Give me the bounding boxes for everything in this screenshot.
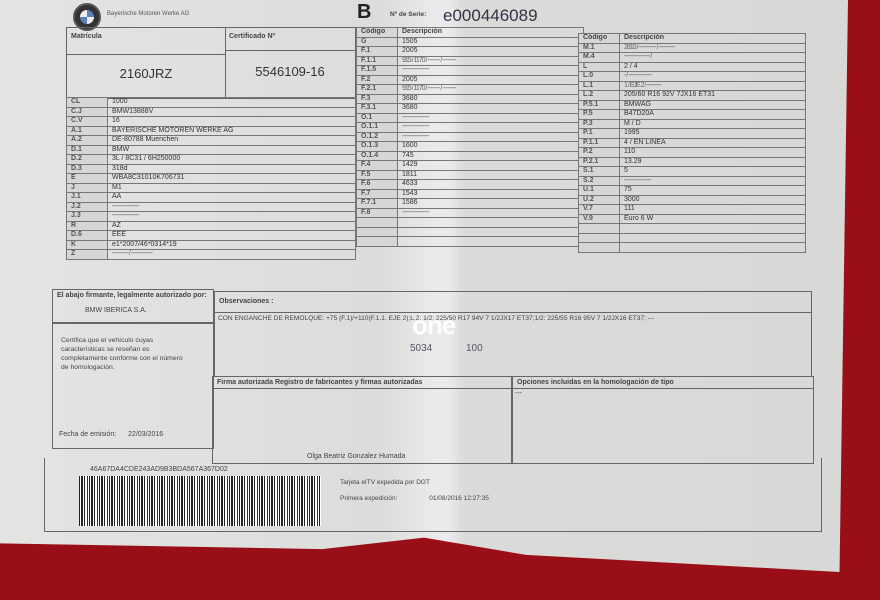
table-row: Ke1*2007/46*0314*19 <box>67 240 356 250</box>
field-code: F.8 <box>357 208 398 218</box>
field-value: 1586 <box>398 199 584 209</box>
field-value: 2005 <box>398 75 584 85</box>
field-value: EEE <box>108 231 356 241</box>
field-code: F.3 <box>357 94 398 104</box>
field-code <box>579 233 620 243</box>
field-value: AZ <box>108 221 356 231</box>
signature-label: Firma autorizada Registro de fabricantes… <box>213 377 511 389</box>
field-value: 3000 <box>620 195 806 205</box>
field-value: 2 / 4 <box>620 62 806 72</box>
table-row: C.V16 <box>67 117 356 127</box>
field-code: Z <box>67 250 108 260</box>
table-row: S.2-------------------- <box>579 176 806 186</box>
table-row: J.1AA <box>67 193 356 203</box>
weights-table: CódigoDescripciónG1505F.12005F.1.1915 / … <box>356 27 584 247</box>
table-row: C.JBMW13888V <box>67 107 356 117</box>
field-code: C.V <box>67 117 108 127</box>
category-letter: B <box>357 1 371 24</box>
field-code: V.9 <box>579 214 620 224</box>
field-value: 111 <box>620 205 806 215</box>
table-row: S.15 <box>579 167 806 177</box>
field-value: 1600 <box>398 142 584 152</box>
field-code: G <box>357 37 398 47</box>
table-row: M.4------------------- / <box>579 53 806 63</box>
table-row: O.1-------------------- <box>357 113 584 123</box>
field-value: Euro 6 W <box>620 214 806 224</box>
field-code: K <box>67 240 108 250</box>
field-code: E <box>67 174 108 184</box>
field-value: 3680 <box>398 94 584 104</box>
barcode-code: 46A67DA4CDE243AD9B3BDA567A367D02 <box>90 465 228 474</box>
observations-label: Observaciones : <box>215 292 811 311</box>
table-row: F.2.1915 / 1170 / --------- / ---------- <box>357 85 584 95</box>
field-code: A.1 <box>67 126 108 136</box>
table-row: L.0- / ----------------- <box>579 72 806 82</box>
signatory-company: BMW IBERICA S.A. <box>85 306 147 315</box>
table-row: L.2205/60 R16 92V 7JX16 ET31 <box>579 91 806 101</box>
field-code: A.2 <box>67 136 108 146</box>
field-code: L.1 <box>579 81 620 91</box>
certificado-label: Certificado Nº <box>229 33 275 40</box>
field-value: 1429 <box>398 161 584 171</box>
table-row: F.1.1915 / 1170 / --------- / ---------- <box>357 56 584 66</box>
field-value: 3L / 8C31 / 6H250000 <box>108 155 356 165</box>
field-code: P.5 <box>579 110 620 120</box>
field-value: 1995 <box>620 129 806 139</box>
field-value: 4 / EN LINEA <box>620 138 806 148</box>
field-code: F.2.1 <box>357 85 398 95</box>
field-code: P.1.1 <box>579 138 620 148</box>
code-header: Código <box>579 34 620 44</box>
field-code: F.7 <box>357 189 398 199</box>
field-value: 915 / 1170 / --------- / ---------- <box>398 85 584 95</box>
field-code: O.1.1 <box>357 123 398 133</box>
table-row: CL1000 <box>67 98 356 108</box>
table-row: J.3-------------------- <box>67 212 356 222</box>
code-header: Código <box>357 28 398 38</box>
field-value: -------------------- <box>398 132 584 142</box>
field-value: M1 <box>108 183 356 193</box>
field-code: D.3 <box>67 164 108 174</box>
signatory-box: El abajo firmante, legalmente autorizado… <box>52 289 214 323</box>
issue-date-label: Fecha de emisión: <box>59 431 116 438</box>
field-code: L.2 <box>579 91 620 101</box>
field-code: U.2 <box>579 195 620 205</box>
first-issue-label: Primera expedición: <box>340 495 397 502</box>
field-value: -------------------- <box>108 202 356 212</box>
table-row: P.5.1BMWAG <box>579 100 806 110</box>
field-value: 1543 <box>398 189 584 199</box>
field-value: e1*2007/46*0314*19 <box>108 240 356 250</box>
field-code <box>579 243 620 253</box>
field-code: S.1 <box>579 167 620 177</box>
table-row: F.7.11586 <box>357 199 584 209</box>
matricula-label: Matrícula <box>71 33 102 40</box>
field-code: J <box>67 183 108 193</box>
serial-label: Nº de Serie: <box>390 11 426 18</box>
field-value: 745 <box>398 151 584 161</box>
table-row <box>579 224 806 234</box>
field-code: L <box>579 62 620 72</box>
table-row: V.7111 <box>579 205 806 215</box>
field-value <box>398 237 584 247</box>
table-row: V.9Euro 6 W <box>579 214 806 224</box>
table-header-row: CódigoDescripción <box>579 34 806 44</box>
field-code: R <box>67 221 108 231</box>
field-value <box>620 233 806 243</box>
field-value: BAYERISCHE MOTOREN WERKE AG <box>108 126 356 136</box>
options-label: Opciones incluidas en la homologación de… <box>513 377 813 389</box>
table-row: D.1BMW <box>67 145 356 155</box>
field-value: 318d <box>108 164 356 174</box>
field-code: C.J <box>67 107 108 117</box>
field-value: M / D <box>620 119 806 129</box>
field-value: 205/60 R16 92V 7JX16 ET31 <box>620 91 806 101</box>
first-issue-value: 01/08/2016 12:27:35 <box>429 495 489 502</box>
field-code: D.2 <box>67 155 108 165</box>
table-row <box>579 243 806 253</box>
technical-table: CódigoDescripciónM.12810 / -------------… <box>578 33 806 253</box>
description-header: Descripción <box>620 34 806 44</box>
field-code: P.2.1 <box>579 157 620 167</box>
table-row: O.1.31600 <box>357 142 584 152</box>
field-code: P.2 <box>579 148 620 158</box>
issue-date: 22/03/2016 <box>128 431 163 438</box>
field-value: -------------------- <box>108 212 356 222</box>
table-row: P.1.14 / EN LINEA <box>579 138 806 148</box>
options-box: Opciones incluidas en la homologación de… <box>512 376 814 464</box>
table-row: F.8-------------------- <box>357 208 584 218</box>
table-row: F.71543 <box>357 189 584 199</box>
field-value: -------------------- <box>398 113 584 123</box>
field-value: WBA8C31010K706731 <box>108 174 356 184</box>
field-code <box>357 227 398 237</box>
field-code: J.3 <box>67 212 108 222</box>
field-code: O.1 <box>357 113 398 123</box>
field-value: 110 <box>620 148 806 158</box>
description-header: Descripción <box>398 28 584 38</box>
table-row: U.175 <box>579 186 806 196</box>
options-value: --- <box>513 389 813 398</box>
field-code: S.2 <box>579 176 620 186</box>
field-code: D.1 <box>67 145 108 155</box>
table-row: L.11 / EJE 2 / ----------- <box>579 81 806 91</box>
table-row: O.1.1-------------------- <box>357 123 584 133</box>
table-row: Z------------ / ---------------- <box>67 250 356 260</box>
table-row: F.12005 <box>357 47 584 57</box>
field-value <box>620 243 806 253</box>
watermark-number-left: 5034 <box>410 343 432 354</box>
table-row: G1505 <box>357 37 584 47</box>
table-row: F.51811 <box>357 170 584 180</box>
itv-card-document: Bayerische Motoren Werke AG B Nº de Seri… <box>0 0 848 572</box>
field-value: -------------------- <box>398 123 584 133</box>
signatory-label: El abajo firmante, legalmente autorizado… <box>57 292 207 299</box>
field-value: 1505 <box>398 37 584 47</box>
table-row: O.1.4745 <box>357 151 584 161</box>
field-value <box>620 224 806 234</box>
table-row <box>357 227 584 237</box>
field-code: F.2 <box>357 75 398 85</box>
field-code: J.1 <box>67 193 108 203</box>
table-row: P.5B47D20A <box>579 110 806 120</box>
issued-by: Tarjeta eITV expedida por DGT <box>340 478 430 487</box>
table-header-row: CódigoDescripción <box>357 28 584 38</box>
one-watermark-logo: one <box>412 310 455 341</box>
field-code: L.0 <box>579 72 620 82</box>
table-row: F.3.13680 <box>357 104 584 114</box>
table-row: A.2DE-80788 Muenchen <box>67 136 356 146</box>
table-row: P.2110 <box>579 148 806 158</box>
table-row: F.41429 <box>357 161 584 171</box>
field-value: ------------ / ---------------- <box>108 250 356 260</box>
table-row: A.1BAYERISCHE MOTOREN WERKE AG <box>67 126 356 136</box>
field-value <box>398 227 584 237</box>
field-code: F.1.1 <box>357 56 398 66</box>
table-row: P.2.113.29 <box>579 157 806 167</box>
vehicle-data-table: CL1000C.JBMW13888VC.V16A.1BAYERISCHE MOT… <box>66 97 356 260</box>
field-code: P.3 <box>579 119 620 129</box>
field-value: 5 <box>620 167 806 177</box>
certification-text: Certifica que el vehículo cuyas caracter… <box>61 336 191 372</box>
table-row: P.3M / D <box>579 119 806 129</box>
field-code: M.4 <box>579 53 620 63</box>
field-code: F.1.5 <box>357 66 398 76</box>
field-code: O.1.3 <box>357 142 398 152</box>
field-value: AA <box>108 193 356 203</box>
field-code: D.6 <box>67 231 108 241</box>
registration-box: Matrícula 2160JRZ Certificado Nº 5546109… <box>66 27 356 99</box>
table-row: M.12810 / ------------- / ------------ <box>579 43 806 53</box>
field-value: BMW13888V <box>108 107 356 117</box>
table-row <box>357 218 584 228</box>
field-value: - / ----------------- <box>620 72 806 82</box>
field-code <box>357 218 398 228</box>
table-row: D.23L / 8C31 / 6H250000 <box>67 155 356 165</box>
manufacturer-text: Bayerische Motoren Werke AG <box>107 11 189 17</box>
field-code <box>357 237 398 247</box>
table-row: U.23000 <box>579 195 806 205</box>
table-row: P.11995 <box>579 129 806 139</box>
field-code: P.5.1 <box>579 100 620 110</box>
table-row: O.1.2-------------------- <box>357 132 584 142</box>
field-value: 2005 <box>398 47 584 57</box>
field-code: O.1.2 <box>357 132 398 142</box>
field-value: 4633 <box>398 180 584 190</box>
field-code: O.1.4 <box>357 151 398 161</box>
table-row: JM1 <box>67 183 356 193</box>
table-row: F.22005 <box>357 75 584 85</box>
field-value: BMWAG <box>620 100 806 110</box>
certification-box: Certifica que el vehículo cuyas caracter… <box>52 323 214 449</box>
field-code: P.1 <box>579 129 620 139</box>
field-value: 1 / EJE 2 / ----------- <box>620 81 806 91</box>
field-code: F.6 <box>357 180 398 190</box>
table-row: D.6EEE <box>67 231 356 241</box>
table-row: F.33680 <box>357 94 584 104</box>
table-row: D.3318d <box>67 164 356 174</box>
table-row: RAZ <box>67 221 356 231</box>
field-code: V.7 <box>579 205 620 215</box>
field-code <box>579 224 620 234</box>
field-code: F.7.1 <box>357 199 398 209</box>
field-value: 915 / 1170 / --------- / ---------- <box>398 56 584 66</box>
table-row: F.1.5-------------------- <box>357 66 584 76</box>
field-code: F.4 <box>357 161 398 171</box>
field-code: J.2 <box>67 202 108 212</box>
field-value: 1000 <box>108 98 356 108</box>
field-code: M.1 <box>579 43 620 53</box>
field-value <box>398 218 584 228</box>
field-value: DE-80788 Muenchen <box>108 136 356 146</box>
certificado-value: 5546109-16 <box>225 64 355 79</box>
signature-box: Firma autorizada Registro de fabricantes… <box>212 376 512 464</box>
field-value: -------------------- <box>398 66 584 76</box>
watermark-number-right: 100 <box>466 343 483 354</box>
field-value: ------------------- / <box>620 53 806 63</box>
field-value: -------------------- <box>620 176 806 186</box>
table-row: J.2-------------------- <box>67 202 356 212</box>
field-value: 13.29 <box>620 157 806 167</box>
field-value: BMW <box>108 145 356 155</box>
table-row: EWBA8C31010K706731 <box>67 174 356 184</box>
field-code: CL <box>67 98 108 108</box>
table-row <box>579 233 806 243</box>
observations-box: Observaciones : CON ENGANCHE DE REMOLQUE… <box>214 291 812 377</box>
table-row: F.64633 <box>357 180 584 190</box>
field-value: 16 <box>108 117 356 127</box>
field-code: F.1 <box>357 47 398 57</box>
table-row <box>357 237 584 247</box>
field-value: 2810 / ------------- / ------------ <box>620 43 806 53</box>
field-code: F.3.1 <box>357 104 398 114</box>
field-value: 1811 <box>398 170 584 180</box>
field-value: 3680 <box>398 104 584 114</box>
field-value: 75 <box>620 186 806 196</box>
field-code: U.1 <box>579 186 620 196</box>
matricula-value: 2160JRZ <box>67 66 225 81</box>
field-code: F.5 <box>357 170 398 180</box>
barcode <box>79 476 321 526</box>
serial-number: e000446089 <box>443 6 538 26</box>
field-value: -------------------- <box>398 208 584 218</box>
field-value: B47D20A <box>620 110 806 120</box>
table-row: L2 / 4 <box>579 62 806 72</box>
